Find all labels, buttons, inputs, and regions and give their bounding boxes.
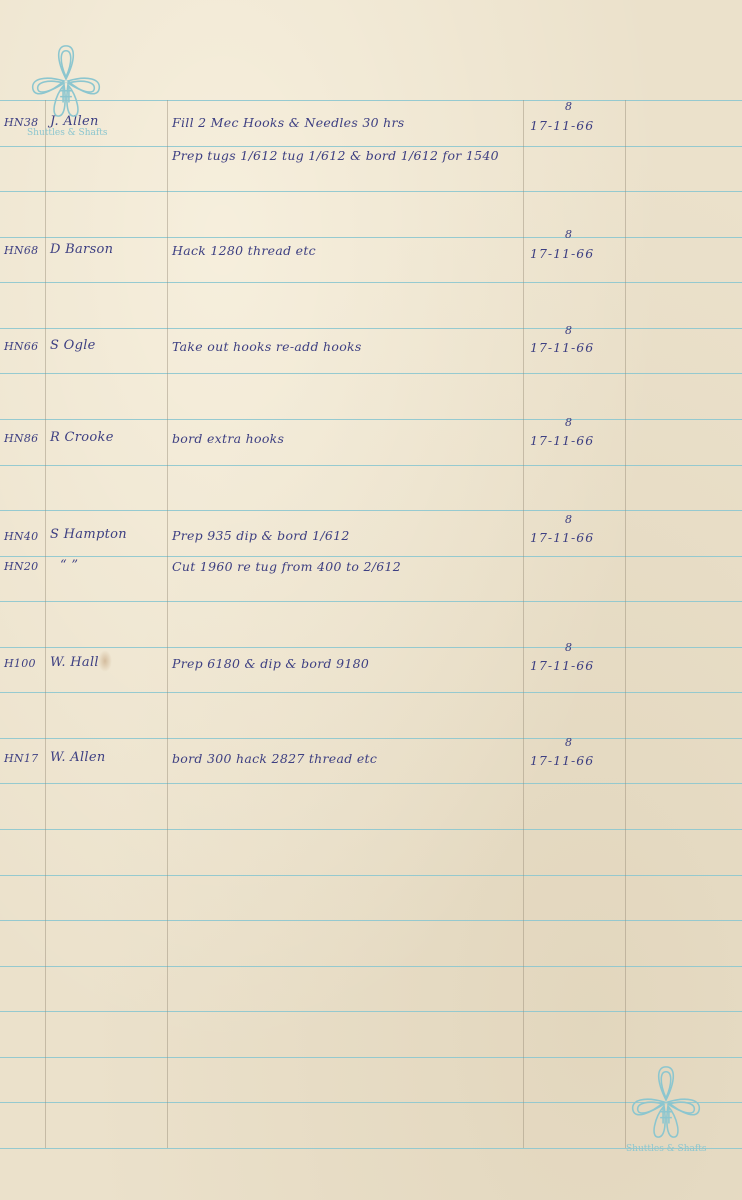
entry-description: Prep 6180 & dip & bord 9180 [172, 656, 369, 671]
entry-code: HN86 [4, 432, 38, 445]
entry-day-mark: 8 [565, 324, 572, 337]
entry-date: 17-11-66 [530, 530, 594, 545]
entry-name: R Crooke [50, 430, 114, 445]
entry-description: Fill 2 Mec Hooks & Needles 30 hrs [172, 115, 405, 130]
knot-logo-icon [627, 1063, 705, 1141]
entry-description: Prep 935 dip & bord 1/612 [172, 528, 350, 543]
ruled-line [0, 920, 742, 921]
watermark-text: Shuttles & Shafts [626, 1144, 706, 1154]
entry-day-mark: 8 [565, 100, 572, 113]
ruled-line [0, 692, 742, 693]
entry-code: HN17 [4, 752, 38, 765]
entry-day-mark: 8 [565, 513, 572, 526]
ruled-line [0, 966, 742, 967]
entry-name: W. Hall [50, 655, 99, 670]
ruled-line [0, 328, 742, 329]
ruled-line [0, 419, 742, 420]
entry-description: Prep tugs 1/612 tug 1/612 & bord 1/612 f… [172, 148, 499, 163]
column-divider-name [167, 100, 168, 1148]
entry-description: Cut 1960 re tug from 400 to 2/612 [172, 559, 401, 574]
entry-description: Take out hooks re-add hooks [172, 339, 362, 354]
ruled-line [0, 829, 742, 830]
ruled-line [0, 1011, 742, 1012]
watermark-text: Shuttles & Shafts [27, 128, 107, 138]
ruled-line [0, 1057, 742, 1058]
ruled-line [0, 282, 742, 283]
ruled-line [0, 738, 742, 739]
ruled-line [0, 146, 742, 147]
ruled-line [0, 875, 742, 876]
paper-stain [98, 650, 112, 672]
entry-name: S Hampton [50, 527, 127, 542]
ruled-line [0, 373, 742, 374]
column-divider-code [45, 100, 46, 1148]
entry-day-mark: 8 [565, 416, 572, 429]
knot-logo-icon [27, 42, 105, 120]
entry-day-mark: 8 [565, 228, 572, 241]
ruled-line [0, 100, 742, 101]
entry-date: 17-11-66 [530, 246, 594, 261]
column-divider-date [625, 100, 626, 1148]
ledger-page: HN38 J. Allen Fill 2 Mec Hooks & Needles… [0, 0, 742, 1200]
ruled-line [0, 510, 742, 511]
entry-name: “ ” [60, 558, 78, 573]
entry-description: bord 300 hack 2827 thread etc [172, 751, 377, 766]
ruled-line [0, 647, 742, 648]
entry-name: S Ogle [50, 338, 96, 353]
entry-date: 17-11-66 [530, 118, 594, 133]
entry-date: 17-11-66 [530, 340, 594, 355]
ruled-line [0, 191, 742, 192]
entry-code: HN68 [4, 244, 38, 257]
ruled-line [0, 465, 742, 466]
entry-name: D Barson [50, 242, 113, 257]
entry-code: H100 [4, 657, 36, 670]
entry-date: 17-11-66 [530, 433, 594, 448]
entry-code: HN40 [4, 530, 38, 543]
entry-description: Hack 1280 thread etc [172, 243, 316, 258]
entry-description: bord extra hooks [172, 431, 284, 446]
entry-date: 17-11-66 [530, 658, 594, 673]
entry-code: HN66 [4, 340, 38, 353]
column-divider-description [523, 100, 524, 1148]
ruled-line [0, 601, 742, 602]
ruled-line [0, 237, 742, 238]
entry-name: W. Allen [50, 750, 106, 765]
ruled-line [0, 556, 742, 557]
entry-day-mark: 8 [565, 736, 572, 749]
entry-date: 17-11-66 [530, 753, 594, 768]
ruled-line [0, 783, 742, 784]
entry-day-mark: 8 [565, 641, 572, 654]
entry-code: HN20 [4, 560, 38, 573]
